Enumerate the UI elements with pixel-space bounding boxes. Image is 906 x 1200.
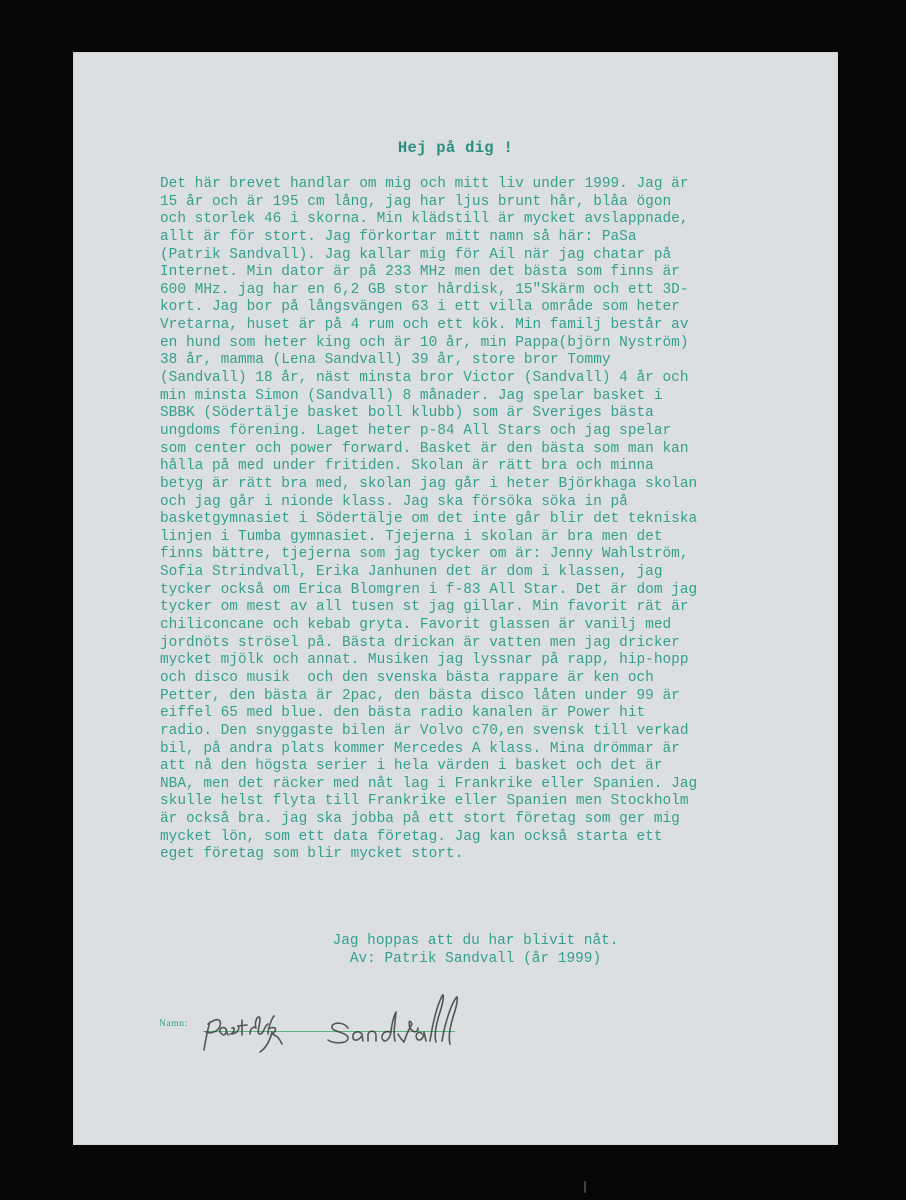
body-line: mycket lön, som ett data företag. Jag ka… xyxy=(160,829,760,847)
body-line: och disco musik och den svenska bästa ra… xyxy=(160,670,760,688)
body-line: NBA, men det räcker med nåt lag i Frankr… xyxy=(160,776,760,794)
body-line: (Sandvall) 18 år, näst minsta bror Victo… xyxy=(160,370,760,388)
body-line: kort. Jag bor på långsvängen 63 i ett vi… xyxy=(160,299,760,317)
name-field-label: Namn: xyxy=(159,1019,188,1029)
body-line: eiffel 65 med blue. den bästa radio kana… xyxy=(160,705,760,723)
body-line: Internet. Min dator är på 233 MHz men de… xyxy=(160,264,760,282)
body-line: bil, på andra plats kommer Mercedes A kl… xyxy=(160,741,760,759)
body-line: 15 år och är 195 cm lång, jag har ljus b… xyxy=(160,194,760,212)
paper-sheet: Hej på dig ! Det här brevet handlar om m… xyxy=(73,52,838,1145)
body-line: skulle helst flyta till Frankrike eller … xyxy=(160,793,760,811)
body-line: SBBK (Södertälje basket boll klubb) som … xyxy=(160,405,760,423)
body-line: tycker om mest av all tusen st jag gilla… xyxy=(160,599,760,617)
letter-body: Det här brevet handlar om mig och mitt l… xyxy=(160,176,760,864)
body-line: ungdoms förening. Laget heter p-84 All S… xyxy=(160,423,760,441)
body-line: jordnöts strösel på. Bästa drickan är va… xyxy=(160,635,760,653)
body-line: hålla på med under fritiden. Skolan är r… xyxy=(160,458,760,476)
body-line: och jag går i nionde klass. Jag ska förs… xyxy=(160,494,760,512)
body-line: Sofia Strindvall, Erika Janhunen det är … xyxy=(160,564,760,582)
body-line: att nå den högsta serier i hela värden i… xyxy=(160,758,760,776)
body-line: tycker också om Erica Blomgren i f-83 Al… xyxy=(160,582,760,600)
body-line: eget företag som blir mycket stort. xyxy=(160,846,760,864)
body-line: är också bra. jag ska jobba på ett stort… xyxy=(160,811,760,829)
body-line: min minsta Simon (Sandvall) 8 månader. J… xyxy=(160,388,760,406)
body-line: som center och power forward. Basket är … xyxy=(160,441,760,459)
body-line: radio. Den snyggaste bilen är Volvo c70,… xyxy=(160,723,760,741)
closing-line: Jag hoppas att du har blivit nåt. xyxy=(73,932,838,950)
body-line: och storlek 46 i skorna. Min klädstill ä… xyxy=(160,211,760,229)
body-line: (Patrik Sandvall). Jag kallar mig för Ai… xyxy=(160,247,760,265)
scanned-page: Hej på dig ! Det här brevet handlar om m… xyxy=(0,0,906,1200)
body-line: betyg är rätt bra med, skolan jag går i … xyxy=(160,476,760,494)
body-line: finns bättre, tjejerna som jag tycker om… xyxy=(160,546,760,564)
handwritten-signature xyxy=(198,988,488,1058)
body-line: 600 MHz. jag har en 6,2 GB stor hårdisk,… xyxy=(160,282,760,300)
author-line: Av: Patrik Sandvall (år 1999) xyxy=(73,950,838,968)
body-line: mycket mjölk och annat. Musiken jag lyss… xyxy=(160,652,760,670)
body-line: en hund som heter king och är 10 år, min… xyxy=(160,335,760,353)
body-line: allt är för stort. Jag förkortar mitt na… xyxy=(160,229,760,247)
body-line: chiliconcane och kebab gryta. Favorit gl… xyxy=(160,617,760,635)
body-line: 38 år, mamma (Lena Sandvall) 39 år, stor… xyxy=(160,352,760,370)
letter-title: Hej på dig ! xyxy=(73,139,838,157)
body-line: Petter, den bästa är 2pac, den bästa dis… xyxy=(160,688,760,706)
letter-closing: Jag hoppas att du har blivit nåt. Av: Pa… xyxy=(73,932,838,968)
paper-mark xyxy=(584,1181,586,1193)
body-line: Det här brevet handlar om mig och mitt l… xyxy=(160,176,760,194)
body-line: basketgymnasiet i Södertälje om det inte… xyxy=(160,511,760,529)
body-line: Vretarna, huset är på 4 rum och ett kök.… xyxy=(160,317,760,335)
body-line: linjen i Tumba gymnasiet. Tjejerna i sko… xyxy=(160,529,760,547)
